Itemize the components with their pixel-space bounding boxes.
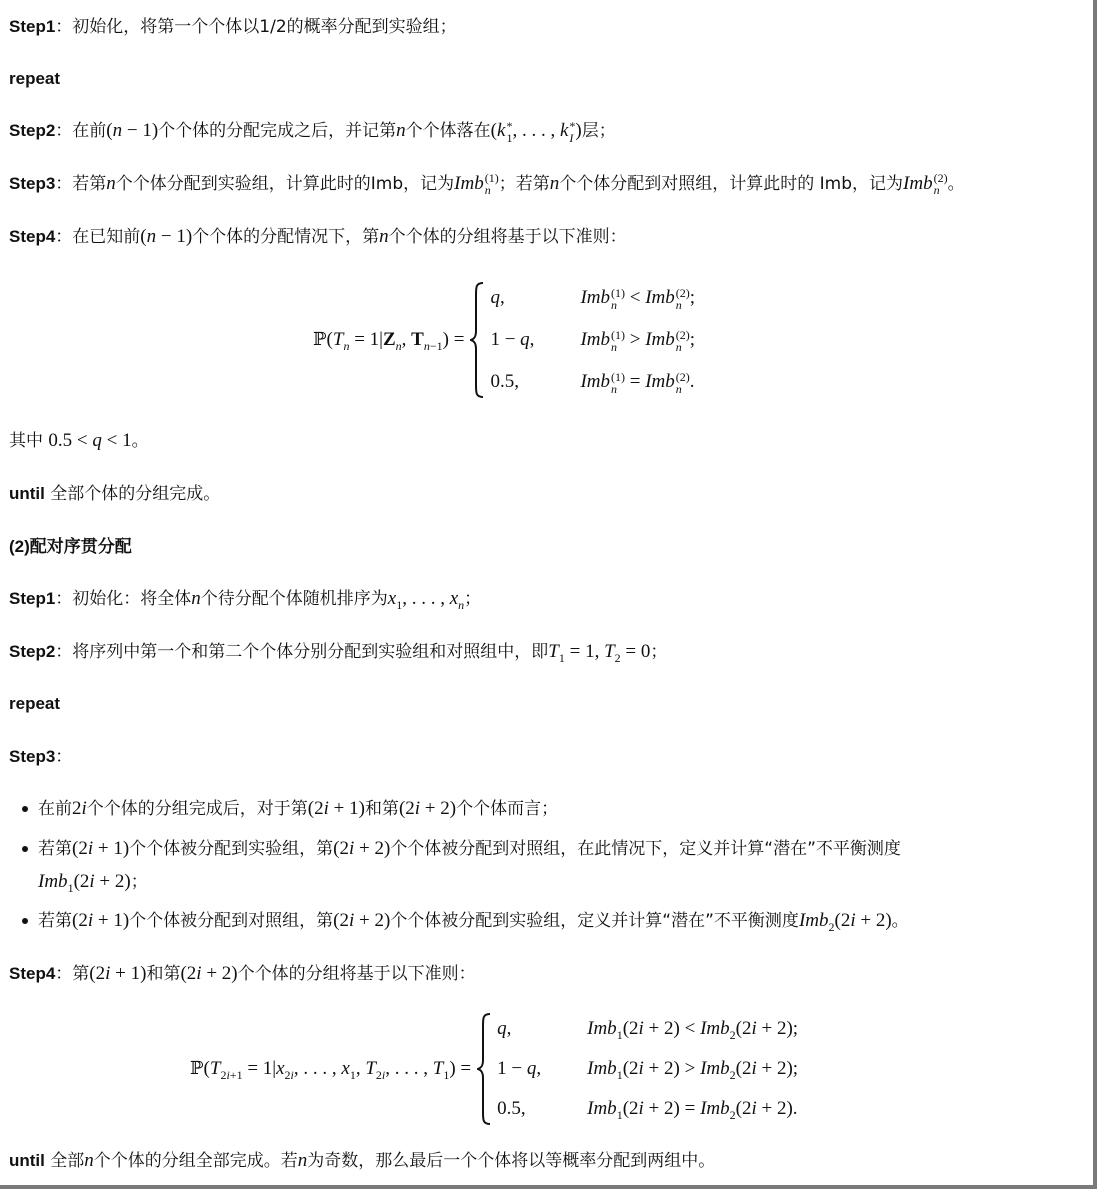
until-keyword: until [9,484,45,503]
math-n-minus-1: (n − 1) [106,120,158,141]
s2-bullet-3: 若第(2i + 1)个个体被分配到对照组，第(2i + 2)个个体被分配到实验组… [38,908,909,934]
s1-where: 其中 0.5 < q < 1。 [9,428,149,454]
s1-step4: Step4：在已知前(n − 1)个个体的分配情况下，第n个个体的分组将基于以下… [9,224,627,250]
section2-heading: (2)配对序贯分配 [9,534,132,560]
left-brace-icon [470,281,484,399]
repeat-keyword: repeat [9,694,60,713]
formula-1-cases: q, Imb(1)n < Imb(2)n; 1 − q, Imb(1)n > I… [490,280,695,400]
step-text: 初始化，将第一个个体以1/2的概率分配到实验组； [72,17,456,37]
repeat-keyword: repeat [9,69,60,88]
formula-2-lhs: ℙ(T2i+1 = 1|x2i, . . . , x1, T2i, . . . … [190,1058,471,1080]
s2-until: until 全部n个个体的分组全部完成。若n为奇数，那么最后一个个体将以等概率分… [9,1148,715,1174]
s2-repeat: repeat [9,691,60,717]
math-strata: (k*1, . . . , k*I) [491,120,582,141]
document-page: Step1：初始化，将第一个个体以1/2的概率分配到实验组； repeat St… [0,0,1097,1189]
s2-step1: Step1：初始化：将全体n个待分配个体随机排序为x1, . . . , xn； [9,586,481,612]
formula-2-cases: q, Imb1(2i + 2) < Imb2(2i + 2); 1 − q, I… [497,1012,798,1126]
s2-step4: Step4：第(2i + 1)和第(2i + 2)个个体的分组将基于以下准则： [9,961,476,987]
formula-2: ℙ(T2i+1 = 1|x2i, . . . , x1, T2i, . . . … [190,1010,798,1128]
bullet-icon [22,806,28,812]
left-brace-icon [477,1012,491,1126]
s2-bullet-2: 若第(2i + 1)个个体被分配到实验组，第(2i + 2)个个体被分配到对照组… [38,836,901,862]
math-imb2: Imb [903,173,933,194]
math-imb1: Imb [454,173,484,194]
until-keyword: until [9,1151,45,1170]
formula-1: ℙ(Tn = 1|Zn, Tn−1) = q, Imb(1)n < Imb(2)… [313,280,695,400]
s1-repeat: repeat [9,66,60,92]
s1-step1: Step1：初始化，将第一个个体以1/2的概率分配到实验组； [9,14,457,40]
s1-step2: Step2：在前(n − 1)个个体的分配完成之后，并记第n个个体落在(k*1,… [9,118,616,144]
s1-until: until 全部个体的分组完成。 [9,481,220,507]
s2-bullet-2-cont: Imb1(2i + 2)； [38,869,148,895]
s1-step3: Step3：若第n个个体分配到实验组，计算此时的Imb，记为Imb(1)n；若第… [9,171,965,197]
s2-bullet-1: 在前2i个个体的分组完成后，对于第(2i + 1)和第(2i + 2)个个体而言… [38,796,558,822]
s2-step2: Step2：将序列中第一个和第二个个体分别分配到实验组和对照组中，即T1 = 1… [9,639,667,665]
bullet-icon [22,918,28,924]
s2-step3: Step3： [9,744,72,770]
formula-1-lhs: ℙ(Tn = 1|Zn, Tn−1) = [313,329,464,351]
bullet-icon [22,846,28,852]
step-label: Step1 [9,17,55,36]
